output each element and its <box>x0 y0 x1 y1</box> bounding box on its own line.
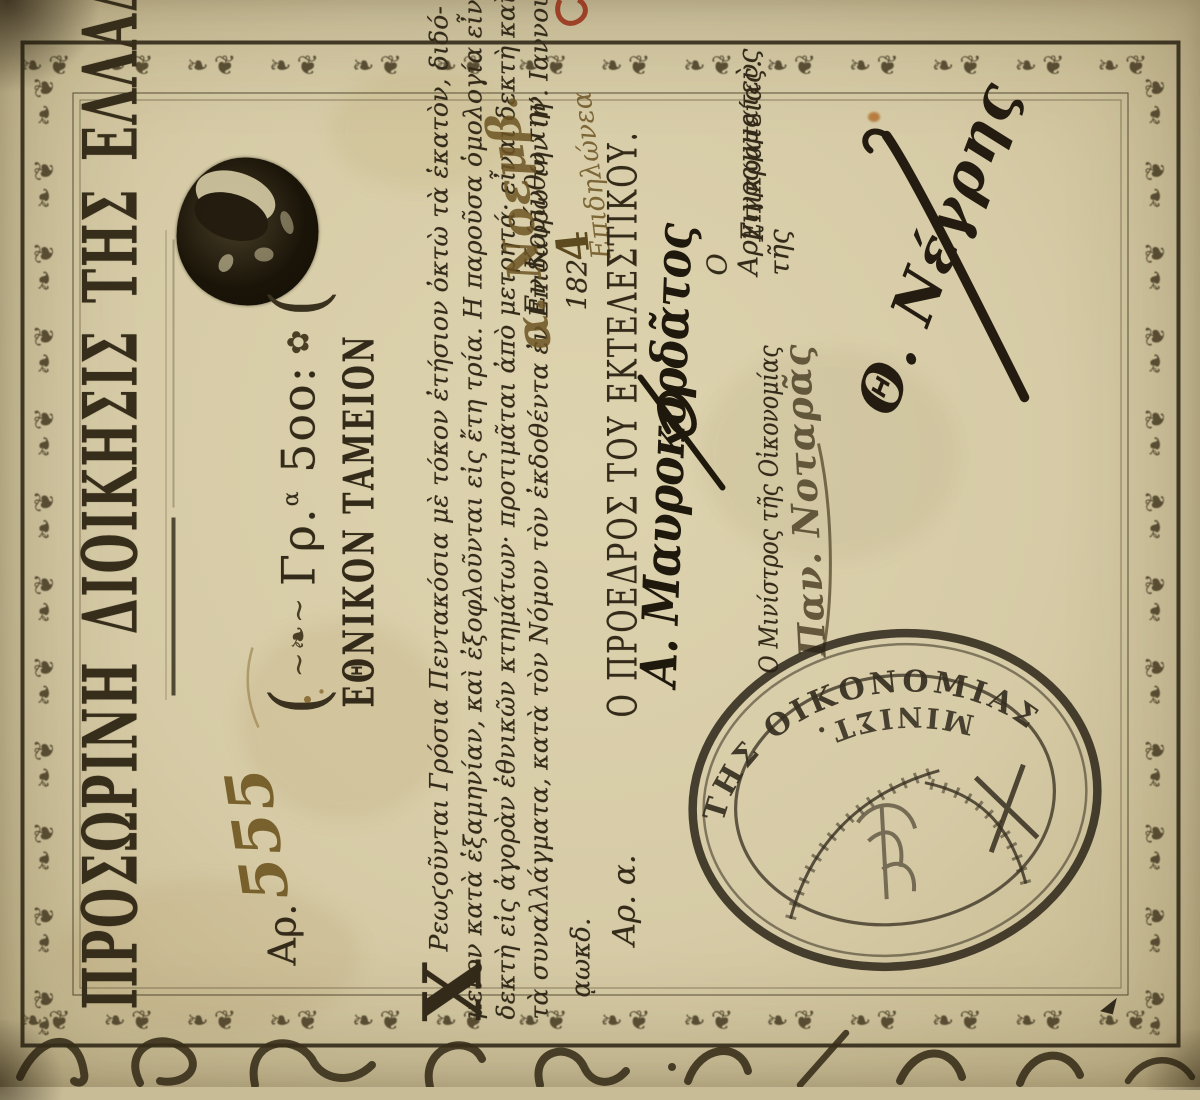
currency-label: Γρ. <box>271 506 325 586</box>
issue-year-greek-numerals: ᾳωκδ. <box>566 917 596 997</box>
stamp-branch-right-leaves <box>925 771 1026 896</box>
title-underline <box>171 517 175 695</box>
page-title: ΠΡΟΣΩΡΙΝΗ ΔΙΟΙΚΗΣΙΣ ΤΗΣ ΕΛΛΑΔΟΣ <box>66 91 154 1009</box>
amount-ornament-left: ∼❧∼ <box>281 595 316 676</box>
amount-superscript: α <box>279 489 304 506</box>
circular-ink-seal <box>176 157 318 305</box>
seal-fleck <box>215 251 236 274</box>
amount-brace-left: ( <box>254 687 342 715</box>
stamp-branch-left-leaves <box>773 771 957 919</box>
ornament-border-right: ❧❦ ❧❦ ❧❦ ❧❦ ❧❦ ❧❦ ❧❦ ❧❦ ❧❦ ❧❦ ❧❦ ❧❦ ❧❦ ❧… <box>20 46 1172 86</box>
stamp-central-figure <box>856 801 925 902</box>
secretary-label-line2: Επικρατείας. <box>736 59 767 241</box>
red-ink-mark <box>545 0 605 40</box>
dateline-year-printed: 182 <box>562 258 593 310</box>
body-line-1: Ρεωϛοῦνται Γρόσια Πεντακόσια μὲ τόκον ἐτ… <box>424 5 453 951</box>
stamp-branch-right <box>925 771 1026 896</box>
amount-brace-right: ( <box>254 289 342 317</box>
serial-number-label: Αρ. <box>260 903 304 965</box>
document-title-block: ΠΡΟΣΩΡΙΝΗ ΔΙΟΙΚΗΣΙΣ ΤΗΣ ΕΛΛΑΔΟΣ <box>66 91 166 1009</box>
seal-fleck <box>254 247 272 260</box>
seal-fleck <box>277 209 296 235</box>
ministry-of-economy-oval-stamp: ΤΗΣ ΟΙΚΟΝΟΜΙΑΣ ΜΙΝΙΣΤ. <box>675 605 1115 995</box>
stamp-branch-left <box>773 771 957 919</box>
ornament-border-bottom: ❧❦ ❧❦ ❧❦ ❧❦ ❧❦ ❧❦ ❧❦ ❧❦ ❧❦ ❧❦ ❧❦ ❧❦ ❧❦ ❧… <box>1136 49 1176 1037</box>
title-underline-faint <box>172 239 174 507</box>
amount-number: 5oo: <box>271 364 325 472</box>
bottom-margin-handwriting <box>0 1015 1200 1087</box>
treasury-heading: ΕΘΝΙΚΟΝ ΤΑΜΕΙΟΝ <box>334 387 383 707</box>
amount-ornament-right: ✿ <box>281 327 316 354</box>
article-reference: Αρ. α. <box>606 854 642 945</box>
scanned-bond-page: ❧❦ ❧❦ ❧❦ ❧❦ ❧❦ ❧❦ ❧❦ ❧❦ ❧❦ ❧❦ ❧❦ ❧❦ ❧❦ ❧… <box>0 0 1200 1087</box>
amount-line: ( ∼❧∼ Γρ.α 5oo: ✿ ( <box>256 289 340 715</box>
amount-value: Γρ.α 5oo: <box>271 364 325 585</box>
paper-crease <box>165 230 167 700</box>
ornament-border-top: ❧❦ ❧❦ ❧❦ ❧❦ ❧❦ ❧❦ ❧❦ ❧❦ ❧❦ ❧❦ ❧❦ ❧❦ ❧❦ ❧… <box>25 49 65 1037</box>
